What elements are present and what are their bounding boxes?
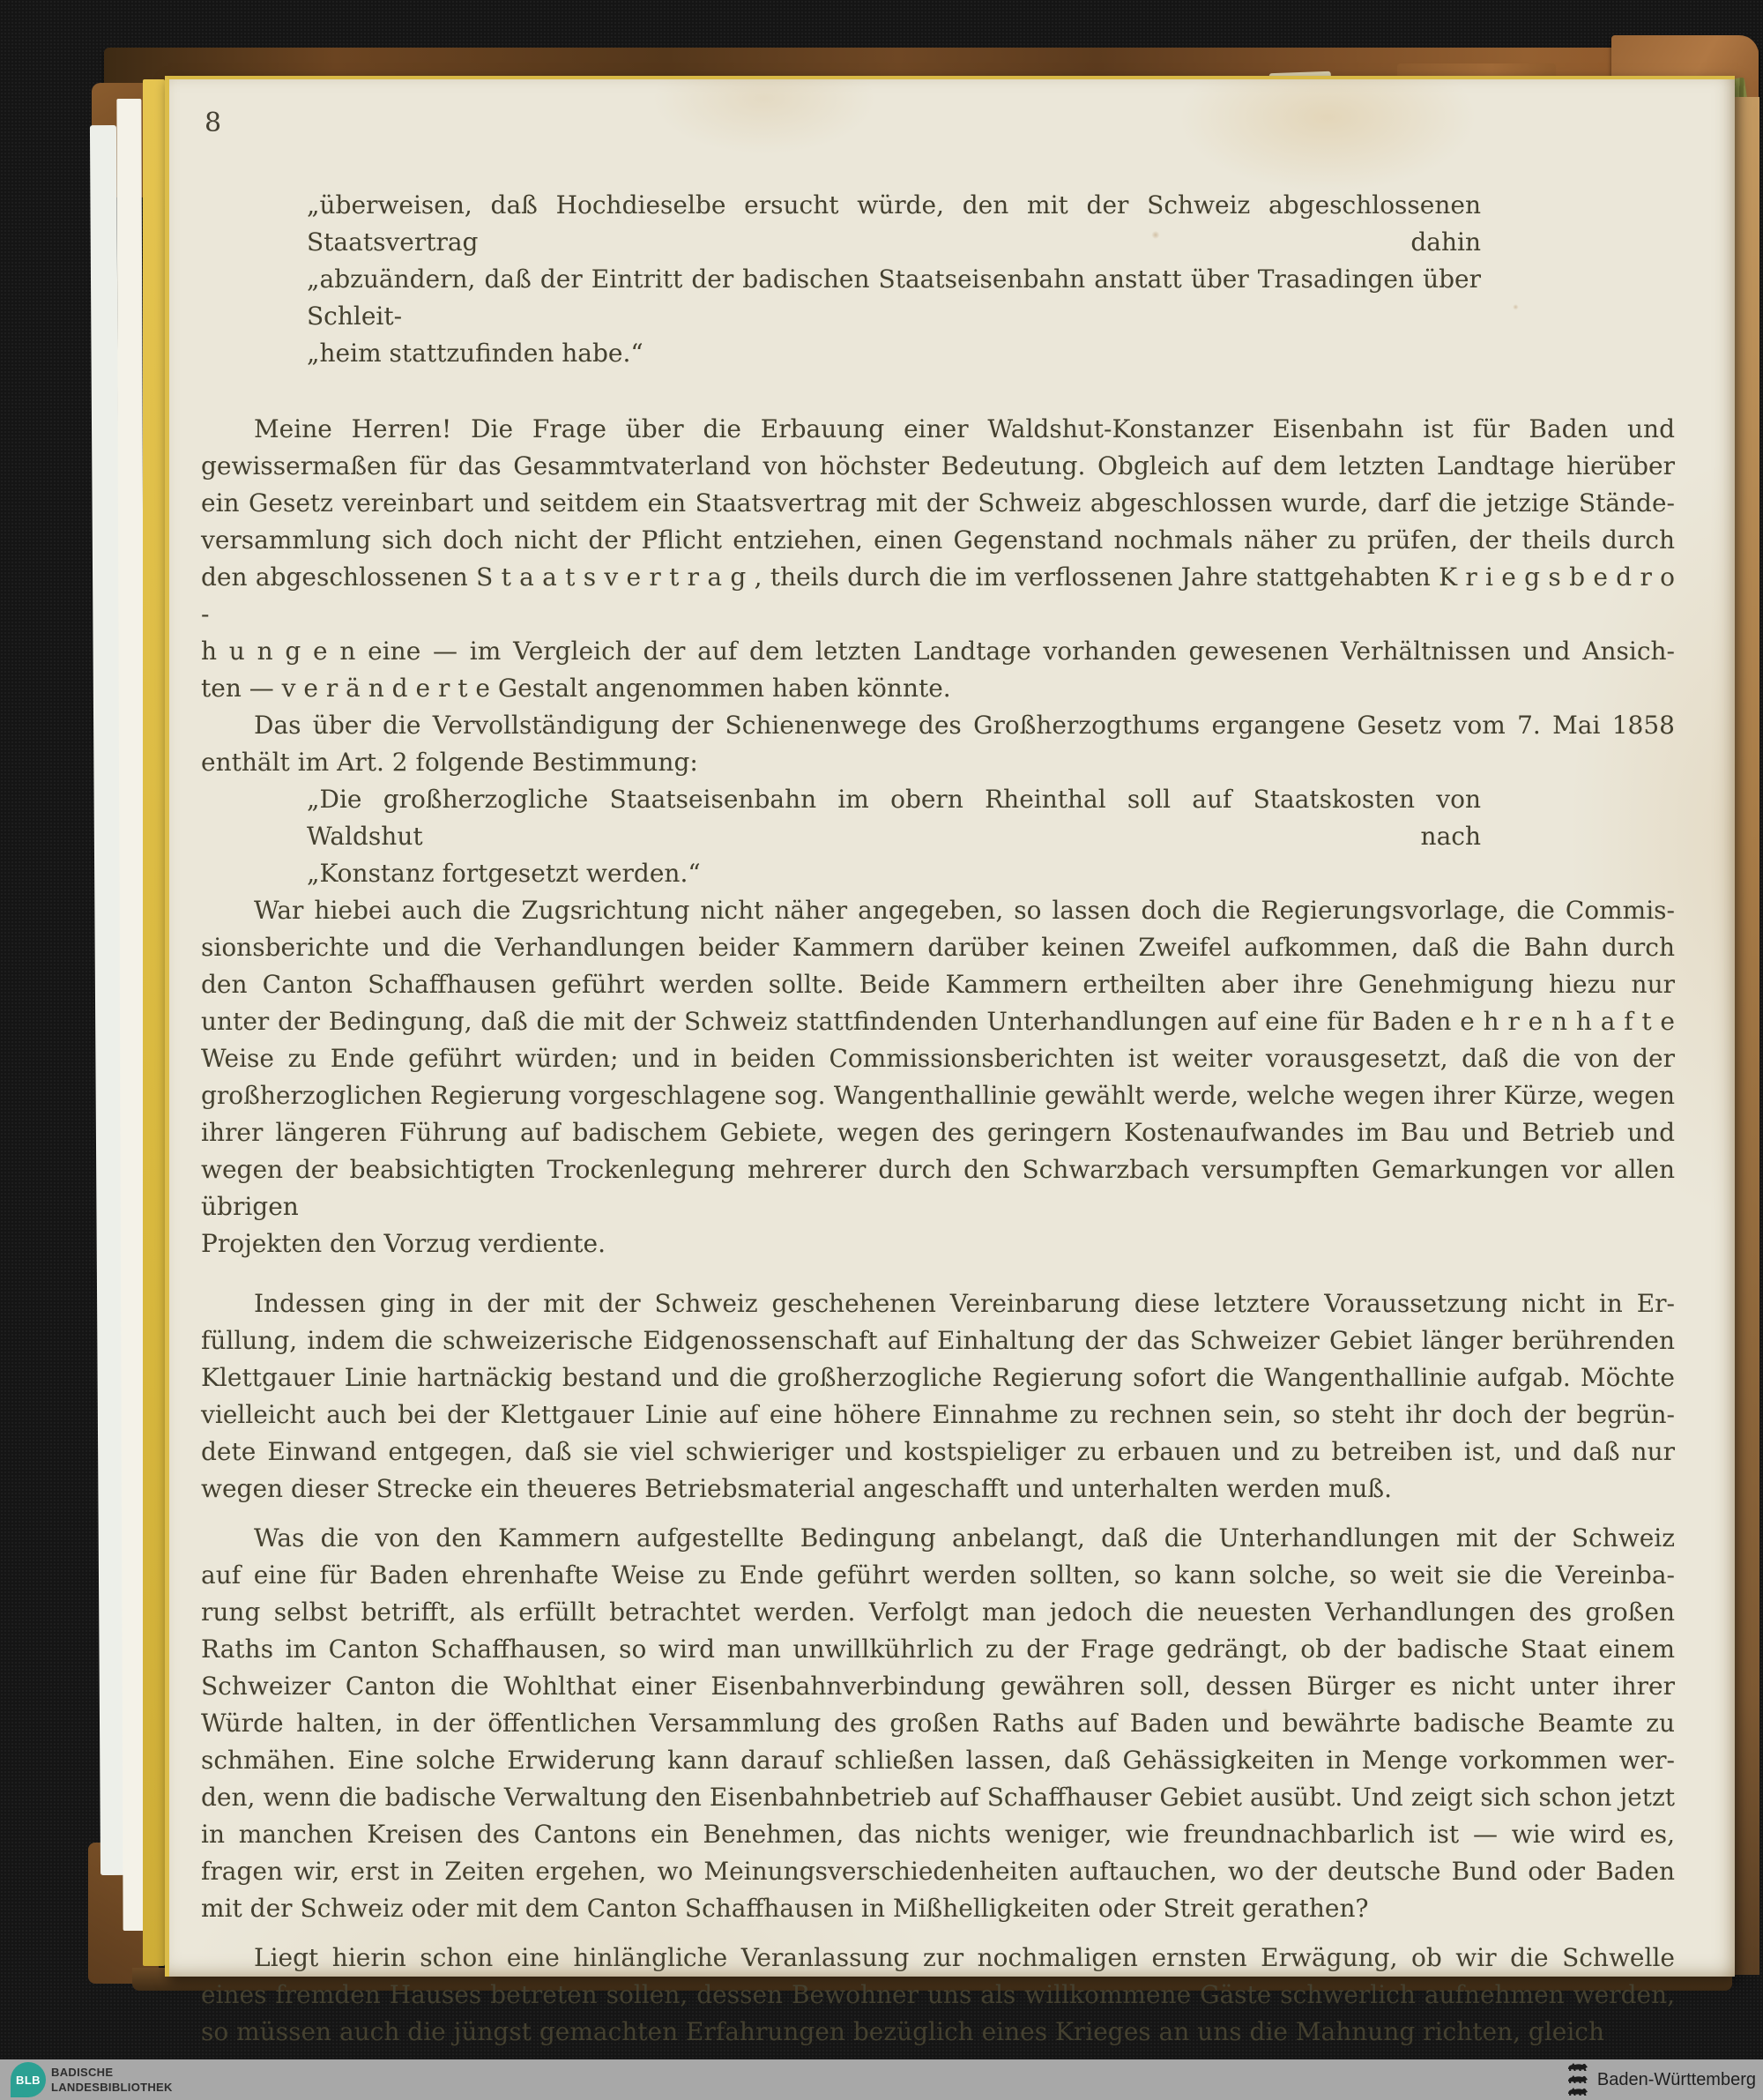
text-line: War hiebei auch die Zugsrichtung nicht n… (201, 892, 1675, 929)
text-line: h u n g e n eine — im Vergleich der auf … (201, 633, 1675, 670)
text-line: Würde halten, in der öffentlichen Versam… (201, 1705, 1675, 1742)
text-line: vielleicht auch bei der Klettgauer Linie… (201, 1396, 1675, 1434)
text-line: Indessen ging in der mit der Schweiz ges… (201, 1285, 1675, 1322)
scanned-page: 8 „überweisen, daß Hochdieselbe ersucht … (165, 76, 1735, 1977)
text-line: füllung, indem die schweizerische Eidgen… (201, 1322, 1675, 1359)
text-line: „abzuändern, daß der Eintritt der badisc… (307, 261, 1481, 335)
text-line: Raths im Canton Schaffhausen, so wird ma… (201, 1631, 1675, 1668)
text-line: Das über die Vervollständigung der Schie… (201, 707, 1675, 744)
text-line: Schweizer Canton die Wohlthat einer Eise… (201, 1668, 1675, 1705)
quoted-passage: „Die großherzogliche Staatseisenbahn im … (307, 781, 1481, 892)
text-line: rung selbst betrifft, als erfüllt betrac… (201, 1594, 1675, 1631)
text-line: eines fremden Hauses betreten sollen, de… (201, 1977, 1675, 2014)
body-paragraph: Das über die Vervollständigung der Schie… (201, 707, 1675, 781)
text-line: Projekten den Vorzug verdiente. (201, 1225, 1675, 1262)
text-line: großherzoglichen Regierung vorgeschlagen… (201, 1077, 1675, 1114)
body-paragraph: Meine Herren! Die Frage über die Erbauun… (201, 411, 1675, 707)
text-line: ihrer längeren Führung auf badischem Geb… (201, 1114, 1675, 1151)
text-line: ein Gesetz vereinbart und seitdem ein St… (201, 485, 1675, 522)
text-line: dete Einwand entgegen, daß sie viel schw… (201, 1434, 1675, 1471)
library-name-line1: BADISCHE (51, 2065, 173, 2080)
text-line: mit der Schweiz oder mit dem Canton Scha… (201, 1890, 1675, 1927)
text-line: „Konstanz fortgesetzt werden.“ (307, 855, 1481, 892)
state-branding: Baden-Württemberg (1567, 2059, 1756, 2100)
body-paragraph: Liegt hierin schon eine hinlängliche Ver… (201, 1940, 1675, 2051)
text-line: enthält im Art. 2 folgende Bestimmung: (201, 744, 1675, 781)
text-line: gewissermaßen für das Gesammtvaterland v… (201, 448, 1675, 485)
text-line: „überweisen, daß Hochdieselbe ersucht wü… (307, 187, 1481, 261)
text-line: versammlung sich doch nicht der Pflicht … (201, 522, 1675, 559)
text-line: den, wenn die badische Verwaltung den Ei… (201, 1779, 1675, 1816)
quoted-passage: „überweisen, daß Hochdieselbe ersucht wü… (307, 187, 1481, 372)
text-line: Klettgauer Linie hartnäckig bestand und … (201, 1359, 1675, 1396)
body-paragraph: Indessen ging in der mit der Schweiz ges… (201, 1285, 1675, 1508)
text-line: wegen dieser Strecke ein theueres Betrie… (201, 1471, 1675, 1508)
text-line: Was die von den Kammern aufgestellte Bed… (201, 1520, 1675, 1557)
text-line: Liegt hierin schon eine hinlängliche Ver… (201, 1940, 1675, 1977)
text-line: sionsberichte und die Verhandlungen beid… (201, 929, 1675, 966)
state-name: Baden-Württemberg (1597, 2070, 1756, 2090)
text-line: „Die großherzogliche Staatseisenbahn im … (307, 781, 1481, 855)
library-name: BADISCHE LANDESBIBLIOTHEK (51, 2065, 173, 2095)
text-line: Meine Herren! Die Frage über die Erbauun… (201, 411, 1675, 448)
text-line: so müssen auch die jüngst gemachten Erfa… (201, 2014, 1675, 2051)
text-line: unter der Bedingung, daß die mit der Sch… (201, 1003, 1675, 1040)
text-line: Weise zu Ende geführt würden; und in bei… (201, 1040, 1675, 1077)
text-line: den Canton Schaffhausen geführt werden s… (201, 966, 1675, 1003)
body-paragraph: War hiebei auch die Zugsrichtung nicht n… (201, 892, 1675, 1262)
text-line: „heim stattzufinden habe.“ (307, 335, 1481, 372)
bw-lions-icon (1567, 2061, 1590, 2098)
library-name-line2: LANDESBIBLIOTHEK (51, 2080, 173, 2095)
deckle-edge (143, 79, 165, 1966)
text-line: auf eine für Baden ehrenhafte Weise zu E… (201, 1557, 1675, 1594)
page-text-block: „überweisen, daß Hochdieselbe ersucht wü… (201, 187, 1675, 2051)
text-line: in manchen Kreisen des Cantons ein Beneh… (201, 1816, 1675, 1853)
text-line: wegen der beabsichtigten Trockenlegung m… (201, 1151, 1675, 1225)
page-number: 8 (205, 108, 221, 138)
text-line: den abgeschlossenen S t a a t s v e r t … (201, 559, 1675, 633)
branding-footer-bar: BLB BADISCHE LANDESBIBLIOTHEK Baden-Würt… (0, 2059, 1763, 2100)
text-line: fragen wir, erst in Zeiten ergehen, wo M… (201, 1853, 1675, 1890)
text-line: schmähen. Eine solche Erwiderung kann da… (201, 1742, 1675, 1779)
text-line: ten — v e r ä n d e r t e Gestalt angeno… (201, 670, 1675, 707)
blb-logo-icon: BLB (11, 2062, 46, 2097)
scan-viewport: 8 „überweisen, daß Hochdieselbe ersucht … (0, 0, 1763, 2100)
body-paragraph: Was die von den Kammern aufgestellte Bed… (201, 1520, 1675, 1927)
